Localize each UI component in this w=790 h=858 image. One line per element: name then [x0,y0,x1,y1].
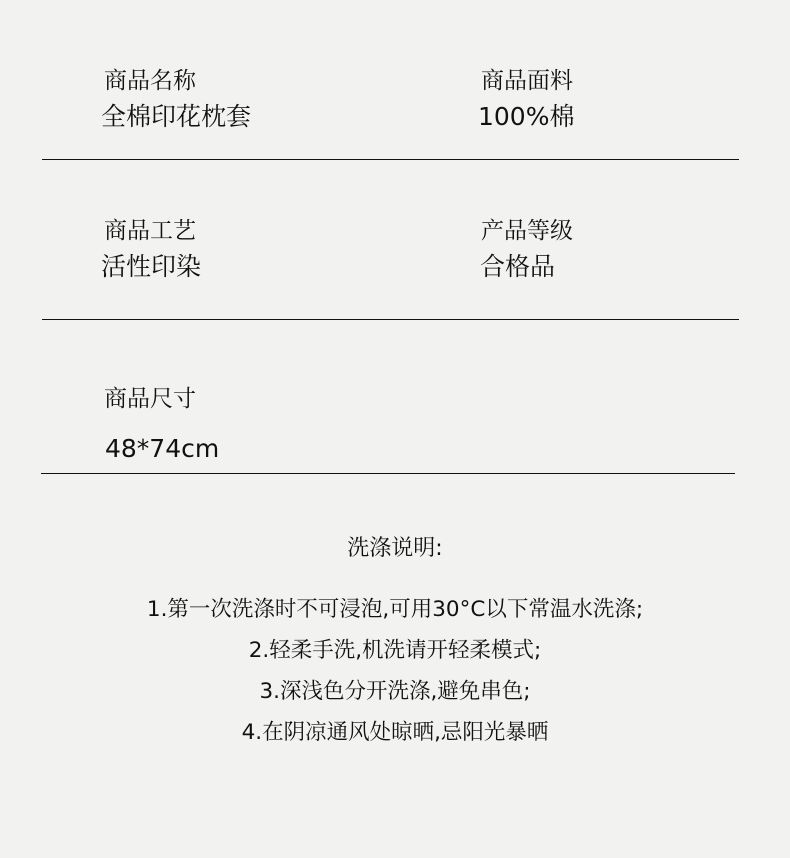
spec-label-size: 商品尺寸 [104,385,196,413]
divider-2 [42,319,739,320]
divider-3 [41,473,735,474]
washing-item: 2.轻柔手洗,机洗请开轻柔模式; [0,636,790,677]
washing-instructions-list: 1.第一次洗涤时不可浸泡,可用30°C以下常温水洗涤; 2.轻柔手洗,机洗请开轻… [0,595,790,759]
washing-title: 洗涤说明: [0,535,790,563]
spec-value-craft: 活性印染 [101,252,201,282]
spec-label-craft: 商品工艺 [104,217,196,245]
spec-value-fabric: 100%棉 [478,102,574,132]
spec-label-grade: 产品等级 [481,217,573,245]
spec-value-size: 48*74cm [105,434,219,464]
washing-item: 4.在阴凉通风处晾晒,忌阳光暴晒 [0,718,790,759]
divider-1 [42,159,739,160]
spec-label-fabric: 商品面料 [481,67,573,95]
spec-value-grade: 合格品 [480,252,555,282]
washing-item: 1.第一次洗涤时不可浸泡,可用30°C以下常温水洗涤; [0,595,790,636]
washing-item: 3.深浅色分开洗涤,避免串色; [0,677,790,718]
spec-value-name: 全棉印花枕套 [101,102,251,132]
spec-label-name: 商品名称 [104,67,196,95]
